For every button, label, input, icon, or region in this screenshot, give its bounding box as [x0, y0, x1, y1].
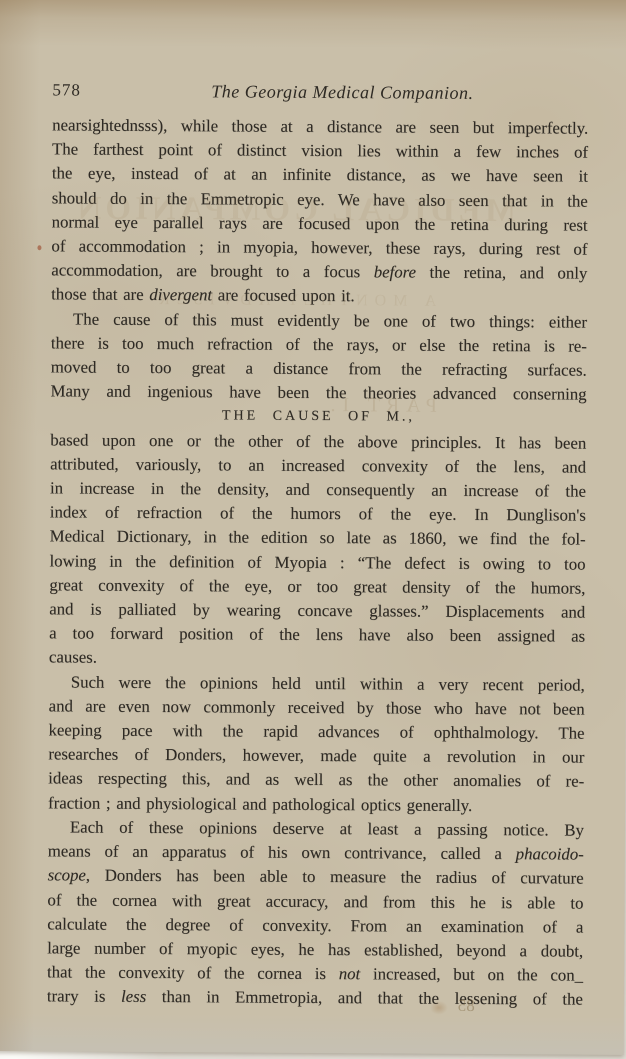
text-line: causes. — [49, 646, 585, 673]
text-line: in increase in the density, and conseque… — [50, 476, 586, 503]
text-line: large number of myopic eyes, he has esta… — [47, 936, 583, 963]
book-page: MEDICAL COMPANION A MONTHLY ADVISER PART… — [0, 0, 626, 1055]
text-line: index of refraction of the humors of the… — [50, 501, 586, 528]
text-line: accommodation, are brought to a focus be… — [51, 259, 587, 286]
text-line: great convexity of the eye, or too great… — [49, 573, 585, 600]
text-line: ideas respecting this, and as well as th… — [48, 767, 584, 794]
text-line: of accommodation ; in myopia, however, t… — [51, 234, 587, 261]
text-line: normal eye parallel rays are focused upo… — [52, 210, 588, 237]
text-line: the eye, instead of at an infinite dista… — [52, 162, 588, 189]
text-line: Medical Dictionary, in the edition so la… — [50, 525, 586, 552]
running-header: 578 The Georgia Medical Companion. — [52, 80, 588, 107]
text-line: researches of Donders, however, made qui… — [48, 743, 584, 770]
text-line: lowing in the definition of Myopia : “Th… — [49, 549, 585, 576]
text-line: keeping pace with the rapid advances of … — [48, 718, 584, 745]
text-line: Each of these opinions deserve at least … — [48, 815, 584, 842]
text-line: that the convexity of the cornea is not … — [47, 960, 583, 987]
text-line: trary is less than in Emmetropia, and th… — [47, 985, 583, 1012]
text-line: The cause of this must evidently be one … — [51, 307, 587, 334]
text-line: calculate the degree of convexity. From … — [47, 912, 583, 939]
text-line: scope, Donders has been able to measure … — [48, 864, 584, 891]
journal-title: The Georgia Medical Companion. — [74, 80, 610, 104]
text-line: Many and ingenious have been the theorie… — [50, 380, 586, 407]
text-line: those that are divergent are focused upo… — [51, 283, 587, 310]
text-line: based upon one or the other of the above… — [50, 428, 586, 455]
text-line: there is too much refraction of the rays… — [51, 331, 587, 358]
text-line: a too forward position of the lens have … — [49, 622, 585, 649]
text-line: fraction ; and physiological and patholo… — [48, 791, 584, 818]
stain-mark — [430, 1001, 448, 1015]
text-line: and are even now commonly received by th… — [49, 694, 585, 721]
text-block: nearsightednsss), while those at a dista… — [47, 113, 588, 1012]
text-line: of the cornea with great accuracy, and f… — [47, 888, 583, 915]
text-line: and is palliated by wearing concave glas… — [49, 597, 585, 624]
text-line: should do in the Emmetropic eye. We have… — [52, 186, 588, 213]
text-line: nearsightednsss), while those at a dista… — [52, 113, 588, 140]
ink-speck — [37, 245, 41, 250]
text-line: The farthest point of distinct vision li… — [52, 138, 588, 165]
text-line: moved to too great a distance from the r… — [51, 355, 587, 382]
text-line: attributed, variously, to an increased c… — [50, 452, 586, 479]
section-heading: THE CAUSE OF M., — [50, 404, 586, 431]
text-line: Such were the opinions held until within… — [49, 670, 585, 697]
text-line: means of an apparatus of his own contriv… — [48, 839, 584, 866]
